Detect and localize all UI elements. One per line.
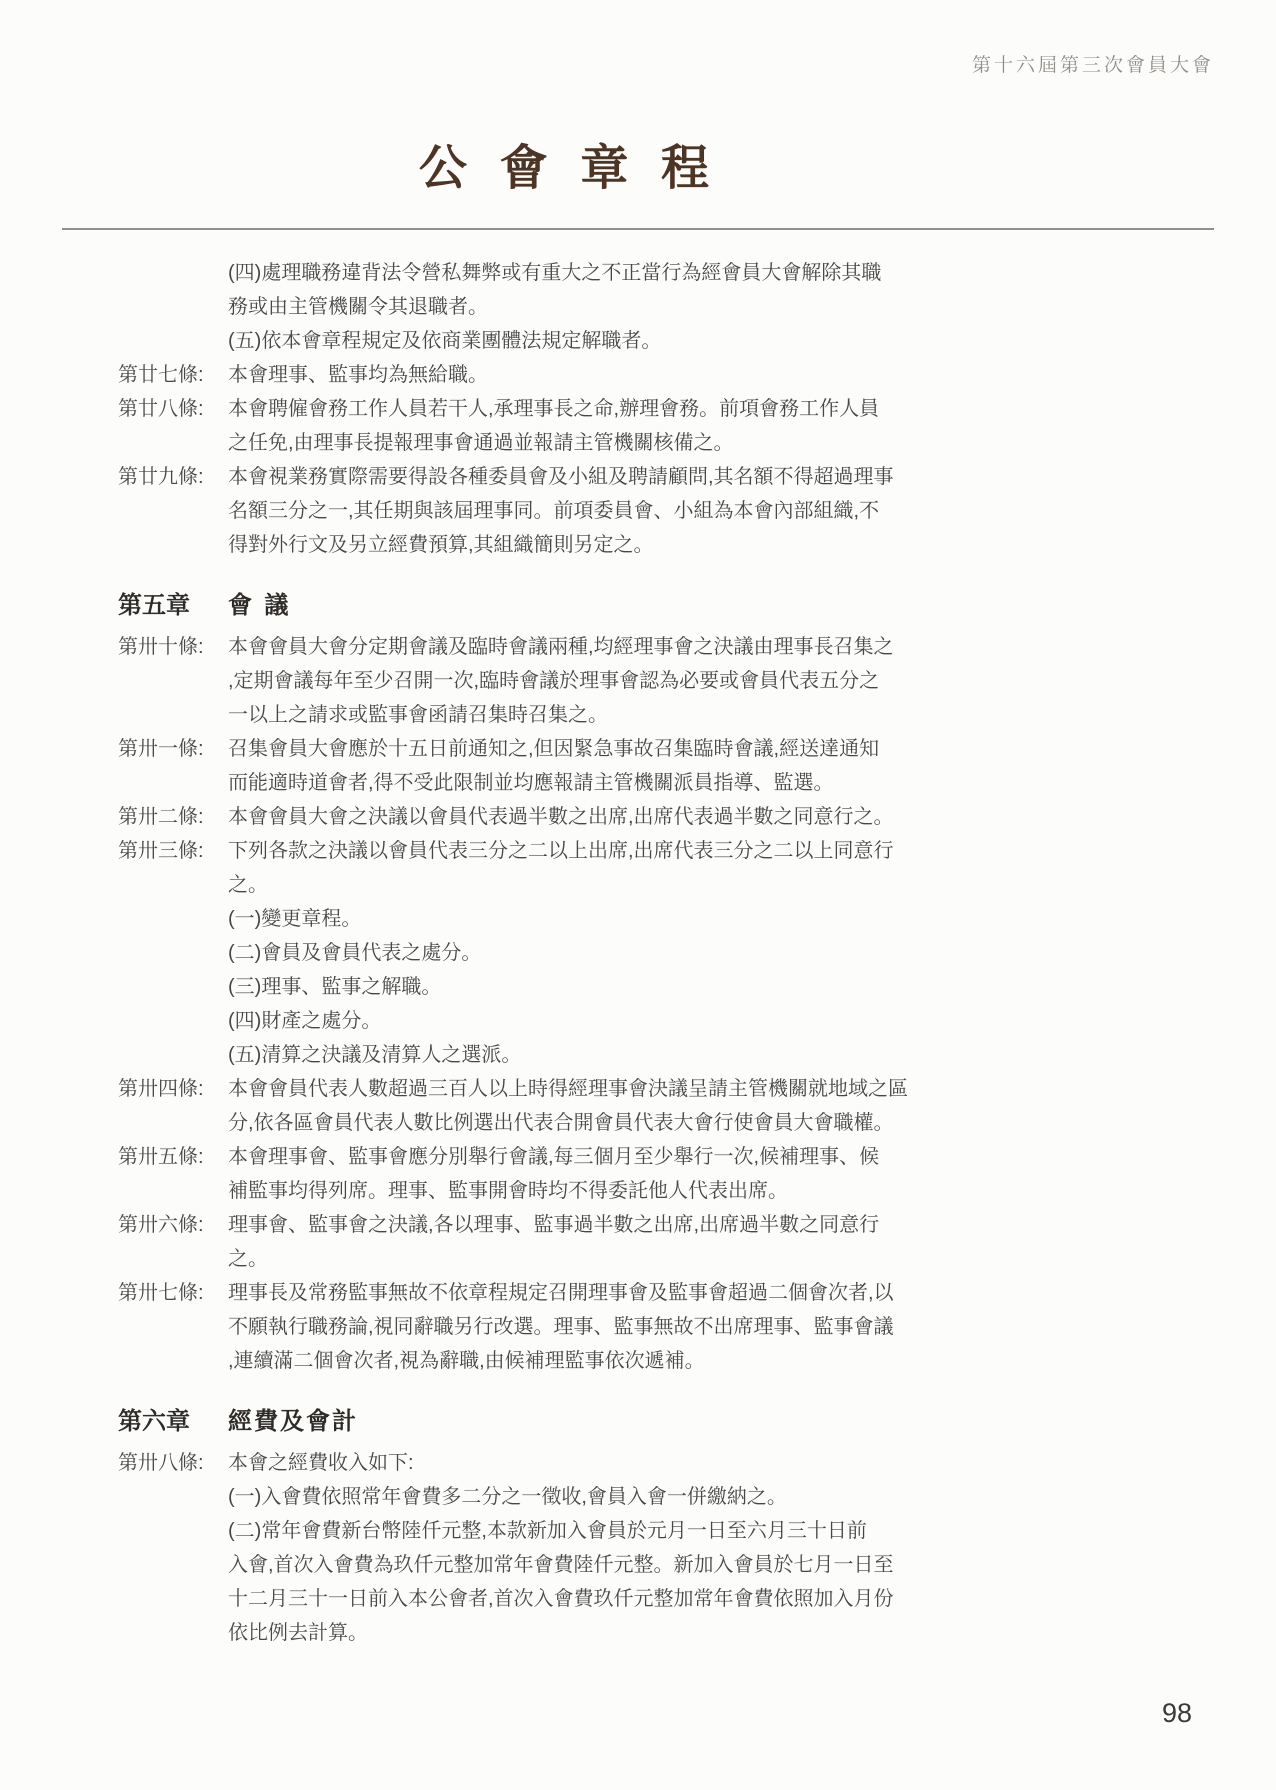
document-header: 第十六屆第三次會員大會 xyxy=(972,50,1214,77)
charter-page: 第十六屆第三次會員大會 公 會 章 程 (四)處理職務違背法令營私舞弊或有重大之… xyxy=(0,0,1276,1790)
chapter-title: 會 議 xyxy=(228,588,290,622)
article-label: 第卅八條: xyxy=(118,1446,228,1480)
article-line: 本會理事會、監事會應分別舉行會議,每三個月至少舉行一次,候補理事、候 xyxy=(228,1140,1236,1174)
article-line: (二)會員及會員代表之處分。 xyxy=(228,936,1236,970)
article-label: 第卅六條: xyxy=(118,1208,228,1242)
article-label: 第廿九條: xyxy=(118,460,228,494)
article-content: 理事會、監事會之決議,各以理事、監事過半數之出席,出席過半數之同意行之。 xyxy=(228,1208,1236,1276)
article-line: 一以上之請求或監事會函請召集時召集之。 xyxy=(228,698,1236,732)
article-line: (四)財產之處分。 xyxy=(228,1004,1236,1038)
chapter-heading: 第五章會 議 xyxy=(118,588,1236,622)
article-line: (一)入會費依照常年會費多二分之一徵收,會員入會一併繳納之。 xyxy=(228,1480,1236,1514)
article-block: 第卅四條:本會會員代表人數超過三百人以上時得經理事會決議呈請主管機關就地域之區分… xyxy=(118,1072,1236,1140)
article-content: 本會理事、監事均為無給職。 xyxy=(228,358,1236,392)
article-line: 十二月三十一日前入本公會者,首次入會費玖仟元整加常年會費依照加入月份 xyxy=(228,1582,1236,1616)
article-block: 第卅二條:本會會員大會之決議以會員代表過半數之出席,出席代表過半數之同意行之。 xyxy=(118,800,1236,834)
article-line: (二)常年會費新台幣陸仟元整,本款新加入會員於元月一日至六月三十日前 xyxy=(228,1514,1236,1548)
article-line: 本會會員代表人數超過三百人以上時得經理事會決議呈請主管機關就地域之區 xyxy=(228,1072,1236,1106)
article-line: 務或由主管機關令其退職者。 xyxy=(228,290,1236,324)
chapter-title: 經費及會計 xyxy=(228,1404,358,1438)
page-title: 公 會 章 程 xyxy=(419,140,717,196)
article-line: 本會聘僱會務工作人員若干人,承理事長之命,辦理會務。前項會務工作人員 xyxy=(228,392,1236,426)
article-line: 依比例去計算。 xyxy=(228,1616,1236,1650)
article-label: 第卅三條: xyxy=(118,834,228,868)
article-block: 第卅三條:下列各款之決議以會員代表三分之二以上出席,出席代表三分之二以上同意行之… xyxy=(118,834,1236,1072)
article-label: 第卅五條: xyxy=(118,1140,228,1174)
article-label: 第廿八條: xyxy=(118,392,228,426)
article-line: 下列各款之決議以會員代表三分之二以上出席,出席代表三分之二以上同意行 xyxy=(228,834,1236,868)
article-line: ,定期會議每年至少召開一次,臨時會議於理事會認為必要或會員代表五分之 xyxy=(228,664,1236,698)
title-rule xyxy=(62,228,1214,230)
chapter-heading: 第六章經費及會計 xyxy=(118,1404,1236,1438)
article-line: 召集會員大會應於十五日前通知之,但因緊急事故召集臨時會議,經送達通知 xyxy=(228,732,1236,766)
article-content: (四)處理職務違背法令營私舞弊或有重大之不正當行為經會員大會解除其職務或由主管機… xyxy=(228,256,1236,358)
article-line: (五)依本會章程規定及依商業團體法規定解職者。 xyxy=(228,324,1236,358)
article-content: 本會視業務實際需要得設各種委員會及小組及聘請顧問,其名額不得超過理事名額三分之一… xyxy=(228,460,1236,562)
article-line: 得對外行文及另立經費預算,其組織簡則另定之。 xyxy=(228,528,1236,562)
article-line: 本會之經費收入如下: xyxy=(228,1446,1236,1480)
article-line: 之任免,由理事長提報理事會通過並報請主管機關核備之。 xyxy=(228,426,1236,460)
article-line: 分,依各區會員代表人數比例選出代表合開會員代表大會行使會員大會職權。 xyxy=(228,1106,1236,1140)
article-content: 本會會員大會之決議以會員代表過半數之出席,出席代表過半數之同意行之。 xyxy=(228,800,1236,834)
article-line: 名額三分之一,其任期與該屆理事同。前項委員會、小組為本會內部組織,不 xyxy=(228,494,1236,528)
article-line: 本會會員大會分定期會議及臨時會議兩種,均經理事會之決議由理事長召集之 xyxy=(228,630,1236,664)
article-label: 第卅二條: xyxy=(118,800,228,834)
article-block: 第廿九條:本會視業務實際需要得設各種委員會及小組及聘請顧問,其名額不得超過理事名… xyxy=(118,460,1236,562)
chapter-number: 第六章 xyxy=(118,1404,228,1438)
article-block: (四)處理職務違背法令營私舞弊或有重大之不正當行為經會員大會解除其職務或由主管機… xyxy=(118,256,1236,358)
article-content: 本會聘僱會務工作人員若干人,承理事長之命,辦理會務。前項會務工作人員之任免,由理… xyxy=(228,392,1236,460)
article-line: 而能適時道會者,得不受此限制並均應報請主管機關派員指導、監選。 xyxy=(228,766,1236,800)
article-label: 第卅七條: xyxy=(118,1276,228,1310)
article-block: 第廿七條:本會理事、監事均為無給職。 xyxy=(118,358,1236,392)
article-block: 第卅八條:本會之經費收入如下:(一)入會費依照常年會費多二分之一徵收,會員入會一… xyxy=(118,1446,1236,1650)
article-label: 第卅四條: xyxy=(118,1072,228,1106)
article-line: 之。 xyxy=(228,868,1236,902)
article-line: 本會視業務實際需要得設各種委員會及小組及聘請顧問,其名額不得超過理事 xyxy=(228,460,1236,494)
article-content: 召集會員大會應於十五日前通知之,但因緊急事故召集臨時會議,經送達通知而能適時道會… xyxy=(228,732,1236,800)
article-block: 第卅七條:理事長及常務監事無故不依章程規定召開理事會及監事會超過二個會次者,以不… xyxy=(118,1276,1236,1378)
article-content: 本會會員代表人數超過三百人以上時得經理事會決議呈請主管機關就地域之區分,依各區會… xyxy=(228,1072,1236,1140)
article-line: 入會,首次入會費為玖仟元整加常年會費陸仟元整。新加入會員於七月一日至 xyxy=(228,1548,1236,1582)
article-block: 第卅十條:本會會員大會分定期會議及臨時會議兩種,均經理事會之決議由理事長召集之,… xyxy=(118,630,1236,732)
article-line: (五)清算之決議及清算人之選派。 xyxy=(228,1038,1236,1072)
article-line: 本會會員大會之決議以會員代表過半數之出席,出席代表過半數之同意行之。 xyxy=(228,800,1236,834)
article-label: 第卅一條: xyxy=(118,732,228,766)
article-block: 第卅一條:召集會員大會應於十五日前通知之,但因緊急事故召集臨時會議,經送達通知而… xyxy=(118,732,1236,800)
article-line: 不願執行職務論,視同辭職另行改選。理事、監事無故不出席理事、監事會議 xyxy=(228,1310,1236,1344)
chapter-number: 第五章 xyxy=(118,588,228,622)
article-line: (一)變更章程。 xyxy=(228,902,1236,936)
article-label: 第廿七條: xyxy=(118,358,228,392)
article-block: 第廿八條:本會聘僱會務工作人員若干人,承理事長之命,辦理會務。前項會務工作人員之… xyxy=(118,392,1236,460)
article-line: 補監事均得列席。理事、監事開會時均不得委託他人代表出席。 xyxy=(228,1174,1236,1208)
article-content: 下列各款之決議以會員代表三分之二以上出席,出席代表三分之二以上同意行之。(一)變… xyxy=(228,834,1236,1072)
article-line: 本會理事、監事均為無給職。 xyxy=(228,358,1236,392)
article-line: 之。 xyxy=(228,1242,1236,1276)
article-content: 本會理事會、監事會應分別舉行會議,每三個月至少舉行一次,候補理事、候補監事均得列… xyxy=(228,1140,1236,1208)
article-line: (三)理事、監事之解職。 xyxy=(228,970,1236,1004)
article-line: 理事會、監事會之決議,各以理事、監事過半數之出席,出席過半數之同意行 xyxy=(228,1208,1236,1242)
article-content: 本會之經費收入如下:(一)入會費依照常年會費多二分之一徵收,會員入會一併繳納之。… xyxy=(228,1446,1236,1650)
article-block: 第卅五條:本會理事會、監事會應分別舉行會議,每三個月至少舉行一次,候補理事、候補… xyxy=(118,1140,1236,1208)
article-line: (四)處理職務違背法令營私舞弊或有重大之不正當行為經會員大會解除其職 xyxy=(228,256,1236,290)
article-content: 理事長及常務監事無故不依章程規定召開理事會及監事會超過二個會次者,以不願執行職務… xyxy=(228,1276,1236,1378)
article-label: 第卅十條: xyxy=(118,630,228,664)
article-content: 本會會員大會分定期會議及臨時會議兩種,均經理事會之決議由理事長召集之,定期會議每… xyxy=(228,630,1236,732)
document-body: (四)處理職務違背法令營私舞弊或有重大之不正當行為經會員大會解除其職務或由主管機… xyxy=(0,256,1276,1650)
title-area: 公 會 章 程 xyxy=(0,0,1276,196)
article-line: ,連續滿二個會次者,視為辭職,由候補理監事依次遞補。 xyxy=(228,1344,1236,1378)
article-line: 理事長及常務監事無故不依章程規定召開理事會及監事會超過二個會次者,以 xyxy=(228,1276,1236,1310)
article-block: 第卅六條:理事會、監事會之決議,各以理事、監事過半數之出席,出席過半數之同意行之… xyxy=(118,1208,1236,1276)
page-number: 98 xyxy=(1162,1698,1192,1729)
